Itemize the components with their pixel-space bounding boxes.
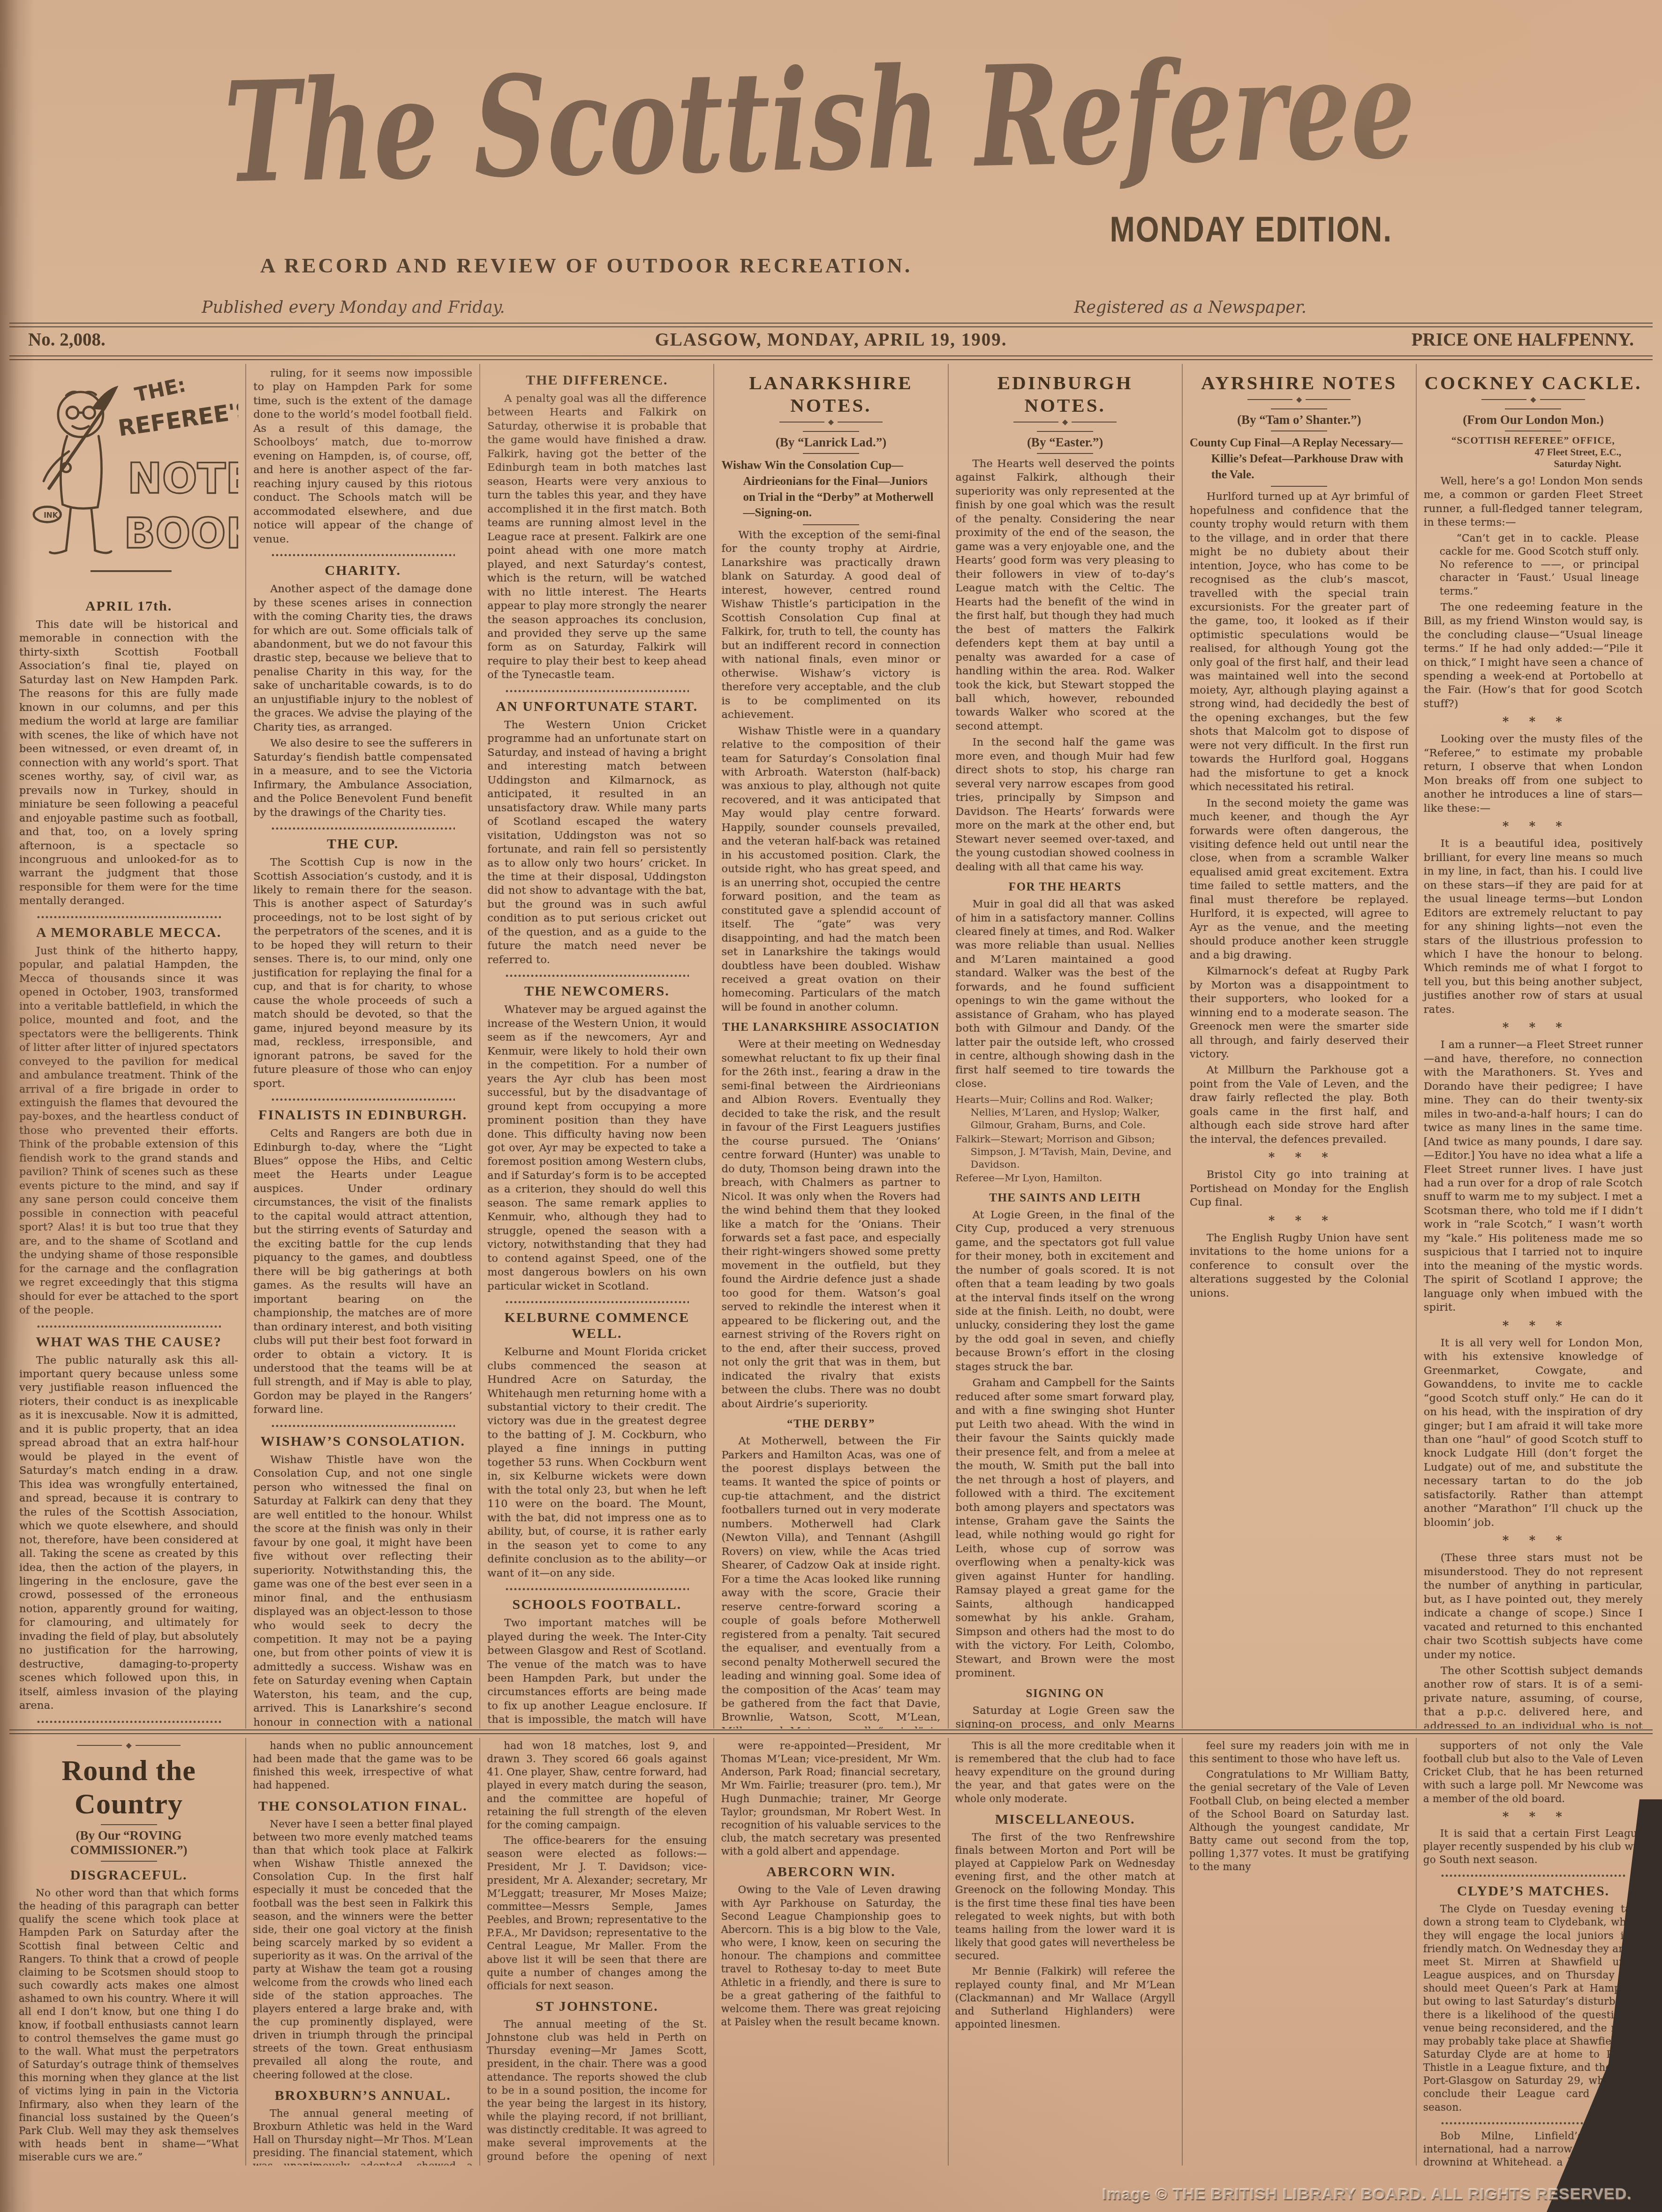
masth ead-rule-bottom <box>9 355 1653 360</box>
byline-rule <box>101 1824 157 1825</box>
article-title: BROXBURN’S ANNUAL. <box>253 2088 473 2104</box>
dateline: GLASGOW, MONDAY, APRIL 19, 1909. <box>430 329 1232 350</box>
bottom-column-miscellaneous: This is all the more creditable when it … <box>948 1738 1182 2166</box>
paragraph: Kilmarnock’s defeat at Rugby Park by Mor… <box>1190 965 1409 1061</box>
quoted-telegram: “Can’t get in to cackle. Please cackle f… <box>1424 532 1643 598</box>
section-headline: COCKNEY CACKLE. <box>1424 371 1643 394</box>
paper-subtitle: A RECORD AND REVIEW OF OUTDOOR RECREATIO… <box>216 253 957 278</box>
byline-rule <box>1271 430 1327 431</box>
registered-line: Registered as a Newspaper. <box>1074 298 1307 317</box>
logo-word-referees: REFEREE'S <box>116 397 238 441</box>
paragraph: Just think of the hitherto happy, popula… <box>19 944 238 1318</box>
paragraph: The Western Union Cricket programme had … <box>487 718 706 967</box>
ink-pot-label: INK <box>44 511 59 520</box>
section-headline: EDINBURGH NOTES. <box>956 371 1175 416</box>
byline-rule <box>1505 430 1561 431</box>
column-lanarkshire: LANARKSHIRE NOTES.◆(By “Lanrick Lad.”)Wi… <box>713 364 947 1729</box>
article-title: FINALISTS IN EDINBURGH. <box>253 1107 472 1123</box>
column-edinburgh: EDINBURGH NOTES.◆(By “Easter.”)The Heart… <box>948 364 1182 1729</box>
paragraph: The public naturally ask this all-import… <box>19 1354 238 1713</box>
paragraph: It is all very well for London Mon, with… <box>1424 1336 1643 1530</box>
wavy-divider <box>271 1425 455 1428</box>
article-deck: Wishaw Win the Consolation Cup—Airdrieon… <box>721 458 940 521</box>
article-title: APRIL 17th. <box>19 598 238 614</box>
column-notebook: INK THE: REFEREE'S NOTE BOOK APRIL 17th.… <box>12 364 245 1729</box>
article-deck: County Cup Final—A Replay Necessary—Kill… <box>1190 435 1409 483</box>
office-address: “SCOTTISH REFEREE” OFFICE,47 Fleet Stree… <box>1424 435 1643 470</box>
address-line: “SCOTTISH REFEREE” OFFICE, <box>1424 435 1643 446</box>
team-lineup-line: Falkirk—Stewart; Morrison and Gibson; Si… <box>956 1133 1175 1171</box>
address-line: 47 Fleet Street, E.C., <box>1424 446 1643 458</box>
edition-label: MONDAY EDITION. <box>1110 209 1392 249</box>
paragraph: The Scottish Cup is now in the Scottish … <box>253 856 472 1091</box>
article-title: THE DIFFERENCE. <box>487 372 706 388</box>
newspaper-page: { "colors":{"paper":"#d8b499","ink":"#4a… <box>0 0 1662 2212</box>
article-title: CLYDE’S MATCHES. <box>1423 1883 1643 1899</box>
diamond-icon: ◆ <box>1062 417 1068 426</box>
referees-notebook-cartoon: INK THE: REFEREE'S NOTE BOOK <box>19 368 238 593</box>
paragraph: At Millburn the Parkhouse got a point fr… <box>1190 1064 1409 1147</box>
section-big-title: Round the Country <box>19 1754 239 1821</box>
wavy-divider <box>505 690 689 693</box>
paragraph: supporters of not only the Vale football… <box>1423 1740 1643 1806</box>
stars-divider: * * * <box>1424 715 1643 729</box>
paragraph: It is a beautiful idea, positively brill… <box>1424 837 1643 1017</box>
published-line: Published every Monday and Friday. <box>202 298 505 317</box>
paragraph: Bristol City go into training at Portish… <box>1190 1168 1409 1209</box>
article-title: THE NEWCOMERS. <box>487 983 706 999</box>
stars-divider: * * * <box>1423 1810 1643 1824</box>
byline-rule <box>1505 408 1561 409</box>
paragraph: A penalty goal was all the difference be… <box>487 392 706 682</box>
paragraph: We also desire to see the sufferers in S… <box>253 737 472 820</box>
paragraph: Owing to the Vale of Leven drawing with … <box>721 1884 941 2029</box>
paragraph: At Motherwell, between the Fir Parkers a… <box>721 1434 940 1729</box>
address-line: Saturday Night. <box>1424 458 1643 470</box>
stars-divider: * * * <box>1424 1020 1643 1034</box>
article-title: ST JOHNSTONE. <box>487 1999 707 2015</box>
article-title: DISGRACEFUL. <box>19 1867 239 1883</box>
paragraph: The annual general meeting of Broxburn A… <box>253 2107 473 2166</box>
bottom-column-st-johnstone: had won 18 matches, lost 9, and drawn 3.… <box>479 1738 713 2166</box>
paragraph: With the exception of the semi-final for… <box>721 528 940 722</box>
wavy-divider <box>505 1301 689 1304</box>
stars-divider: * * * <box>1424 1533 1643 1548</box>
headline-ornament: ◆ <box>1424 395 1643 404</box>
article-title: WHAT WAS THE CAUSE? <box>19 1334 238 1350</box>
stars-divider: * * * <box>1424 819 1643 833</box>
paper-title-art: The Scottish Referee <box>206 28 1435 211</box>
masthead-rule-top <box>9 323 1653 327</box>
paragraph: The first of the two Renfrewshire finals… <box>955 1831 1175 1963</box>
wavy-divider <box>271 1098 455 1102</box>
paragraph: Kelburne and Mount Florida cricket clubs… <box>487 1345 706 1580</box>
logo-word-book: BOOK <box>124 509 238 558</box>
byline-rule <box>1037 431 1093 432</box>
diamond-icon: ◆ <box>828 417 834 426</box>
headline-ornament: ◆ <box>956 417 1175 426</box>
article-title: THE CONSOLATION FINAL. <box>253 1798 473 1814</box>
masthead: The Scottish Referee MONDAY EDITION. A R… <box>0 0 1662 361</box>
bottom-column-round-the-country: ◆Round the Country(By Our “ROVING COMMIS… <box>12 1738 245 2166</box>
team-lineup-line: Referee—Mr Lyon, Hamilton. <box>956 1172 1175 1185</box>
column-difference: THE DIFFERENCE.A penalty goal was all th… <box>479 364 713 1729</box>
column-cockney-cackle: COCKNEY CACKLE.◆(From Our London Mon.)“S… <box>1416 364 1650 1729</box>
issue-number: No. 2,008. <box>28 329 430 350</box>
article-byline: (By “Tam o’ Shanter.”) <box>1190 413 1409 427</box>
stars-divider: * * * <box>1190 1214 1409 1228</box>
paragraph: Hurlford turned up at Ayr brimful of hop… <box>1190 490 1409 794</box>
article-subhead: THE LANARKSHIRE ASSOCIATION <box>721 1021 940 1034</box>
article-title: CHARITY. <box>253 563 472 579</box>
wavy-divider <box>271 827 455 830</box>
team-lineup-line: Hearts—Muir; Collins and Rod. Walker; Ne… <box>956 1094 1175 1132</box>
paragraph: Saturday at Logie Green saw the signing-… <box>956 1704 1175 1729</box>
wavy-divider <box>37 916 220 919</box>
paragraph: The annual meeting of the St. Johnstone … <box>487 2018 707 2166</box>
article-subhead: THE SAINTS AND LEITH <box>956 1192 1175 1205</box>
paragraph: The Hearts well deserved the points agai… <box>956 457 1175 733</box>
paragraph: Muir in goal did all that was asked of h… <box>956 898 1175 1091</box>
paragraph: had won 18 matches, lost 9, and drawn 3.… <box>487 1740 707 1832</box>
wavy-divider <box>505 974 689 978</box>
paragraph: Graham and Campbell for the Saints reduc… <box>956 1376 1175 1680</box>
paragraph: Never have I seen a better final played … <box>253 1818 473 2082</box>
title-ornament: ◆ <box>19 1741 239 1750</box>
article-title: WISHAW’S CONSOLATION. <box>253 1434 472 1450</box>
article-byline: (By Our “ROVING COMMISSIONER.”) <box>19 1828 239 1857</box>
paragraph: The one redeeming feature in the Bill, a… <box>1424 601 1643 711</box>
paragraph: Celts and Rangers are both due in Edinbu… <box>253 1127 472 1417</box>
column-ayrshire: AYRSHIRE NOTES◆(By “Tam o’ Shanter.”)Cou… <box>1182 364 1416 1729</box>
paragraph: Wishaw Thistle were in a quandary relati… <box>721 725 940 1015</box>
main-columns: INK THE: REFEREE'S NOTE BOOK APRIL 17th.… <box>12 364 1650 1729</box>
divider-rule <box>803 524 859 525</box>
bottom-columns: ◆Round the Country(By Our “ROVING COMMIS… <box>12 1738 1650 2166</box>
section-headline: AYRSHIRE NOTES <box>1190 371 1409 394</box>
article-title: SCHOOLS FOOTBALL. <box>487 1597 706 1613</box>
article-byline: (From Our London Mon.) <box>1424 413 1643 427</box>
paragraph: (These three stars must not be misunders… <box>1424 1551 1643 1662</box>
logo-word-the: THE: <box>133 373 188 407</box>
paper-title: The Scottish Referee <box>222 28 1417 211</box>
byline-rule <box>1037 453 1093 454</box>
diamond-icon: ◆ <box>126 1741 131 1750</box>
paragraph: Another aspect of the damage done by the… <box>253 582 472 734</box>
bottom-column-vale: feel sure my readers join with me in thi… <box>1182 1738 1416 2166</box>
paragraph: Mr Bennie (Falkirk) will referee the rep… <box>955 1965 1175 2031</box>
paragraph: ruling, for it seems now impossible to p… <box>253 367 472 546</box>
bottom-column-abercorn: were re-appointed—President, Mr Thomas M… <box>713 1738 947 2166</box>
article-title: ABERCORN WIN. <box>721 1864 941 1880</box>
byline-rule <box>101 1861 157 1862</box>
wavy-divider <box>37 1325 220 1329</box>
paragraph: Well, here’s a go! London Mon sends me, … <box>1424 475 1643 530</box>
paragraph: feel sure my readers join with me in thi… <box>1189 1740 1409 1766</box>
paragraph: Were at their meeting on Wednesday somew… <box>721 1038 940 1411</box>
byline-rule <box>803 453 859 454</box>
article-byline: (By “Lanrick Lad.”) <box>721 435 940 450</box>
paragraph: At Logie Green, in the final of the City… <box>956 1208 1175 1374</box>
wavy-divider <box>37 1721 220 1724</box>
paragraph: Two important matches will be played dur… <box>487 1616 706 1729</box>
paragraph: I am a runner—a Fleet Street runner—and … <box>1424 1038 1643 1314</box>
section-headline: LANARKSHIRE NOTES. <box>721 371 940 416</box>
article-byline: (By “Easter.”) <box>956 435 1175 450</box>
paragraph: Whatever may be argued against the incre… <box>487 1003 706 1293</box>
diamond-icon: ◆ <box>1530 395 1536 404</box>
byline-rule <box>1271 408 1327 409</box>
wavy-divider <box>1441 1874 1625 1878</box>
stars-divider: * * * <box>1190 1150 1409 1164</box>
article-title: THE CUP. <box>253 836 472 852</box>
date-bar: No. 2,008. GLASGOW, MONDAY, APRIL 19, 19… <box>9 329 1653 350</box>
paragraph: were re-appointed—President, Mr Thomas M… <box>721 1740 941 1858</box>
paragraph: In the second moiety the game was much k… <box>1190 797 1409 963</box>
article-title: A MEMORABLE MECCA. <box>19 925 238 941</box>
article-title: MISCELLANEOUS. <box>955 1812 1175 1827</box>
paragraph: Wishaw Thistle have won the Consolation … <box>253 1453 472 1729</box>
paragraph: Looking over the musty files of the “Ref… <box>1424 732 1643 815</box>
divider-rule <box>1271 486 1327 487</box>
headline-ornament: ◆ <box>721 417 940 426</box>
paragraph: It is said that a certain First League p… <box>1423 1827 1643 1867</box>
price: PRICE ONE HALFPENNY. <box>1232 329 1634 350</box>
diamond-icon: ◆ <box>1296 395 1302 404</box>
bottom-column-consolation-final: hands when no public announcement had be… <box>245 1738 479 2166</box>
paragraph: In the second half the game was more eve… <box>956 736 1175 874</box>
article-title: KELBURNE COMMENCE WELL. <box>487 1310 706 1342</box>
article-subhead: “THE DERBY” <box>721 1418 940 1431</box>
byline-rule <box>803 431 859 432</box>
paragraph: Congratulations to Mr William Batty, the… <box>1189 1768 1409 1874</box>
paragraph: This date will be historical and memorab… <box>19 618 238 908</box>
paragraph: This is all the more creditable when it … <box>955 1740 1175 1806</box>
paragraph: The English Rugby Union have sent invita… <box>1190 1231 1409 1300</box>
library-copyright: Image © THE BRITISH LIBRARY BOARD. ALL R… <box>1102 2185 1632 2204</box>
wavy-divider <box>271 554 455 557</box>
bottom-section-rule <box>9 1729 1653 1734</box>
column-leaders: ruling, for it seems now impossible to p… <box>245 364 479 1729</box>
paragraph: The other Scottish subject demands anoth… <box>1424 1664 1643 1729</box>
article-title: AN UNFORTUNATE START. <box>487 699 706 715</box>
logo-word-note: NOTE <box>128 454 238 503</box>
wavy-divider <box>505 1588 689 1591</box>
article-subhead: FOR THE HEARTS <box>956 881 1175 894</box>
stars-divider: * * * <box>1424 1319 1643 1333</box>
article-subhead: SIGNING ON <box>956 1687 1175 1700</box>
paragraph: hands when no public announcement had be… <box>253 1740 473 1793</box>
paragraph: The office-bearers for the ensuing seaso… <box>487 1835 707 1993</box>
paragraph: No other word than that which forms the … <box>19 1887 239 2164</box>
headline-ornament: ◆ <box>1190 395 1409 404</box>
